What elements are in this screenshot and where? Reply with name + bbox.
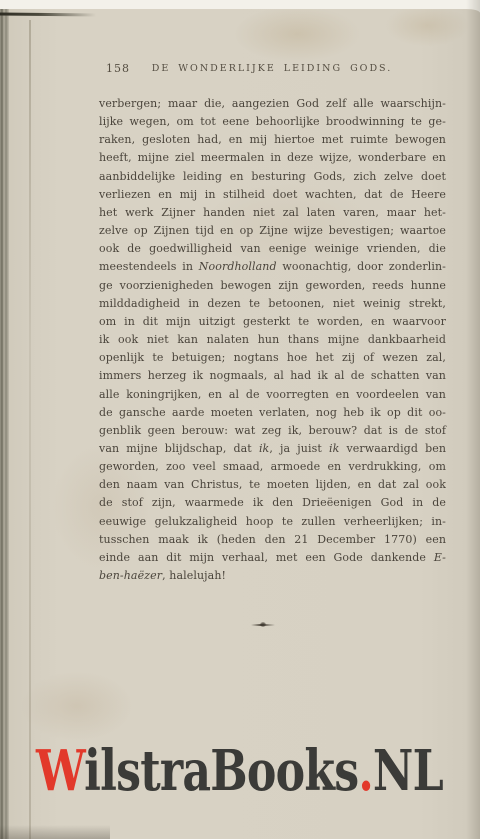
page-edges-gutter [0,9,9,839]
text-line: de gansche aarde moeten verlaten, nog he… [99,404,446,422]
text-line: einde aan dit mijn verhaal, met een Gode… [99,549,446,567]
text-line: aanbiddelijke leiding en besturing Gods,… [99,168,446,186]
text-line: openlijk te betuigen; nogtans hoe het zi… [99,349,446,367]
scanned-book-photo: 158 DE WONDERLIJKE LEIDING GODS. verberg… [0,0,480,839]
running-title: DE WONDERLIJKE LEIDING GODS. [98,63,446,74]
text-line: meestendeels in Noordholland woonachtig,… [99,258,446,276]
text-line: geworden, zoo veel smaad, armoede en ver… [99,458,446,476]
text-line: van mijne blijdschap, dat ik, ja juist i… [99,440,446,458]
text-line: alle koningrijken, en al de voorregten e… [99,386,446,404]
text-line: eeuwige gelukzaligheid hoop te zullen ve… [99,513,446,531]
body-text: verbergen; maar die, aangezien God zelf … [99,95,446,585]
text-line: milddadigheid in dezen te betoonen, niet… [99,295,446,313]
page-bottom-edge-shade [0,825,110,839]
text-line: raken, gesloten had, en mij hiertoe met … [99,131,446,149]
text-line: tusschen maak ik (heden den 21 December … [99,531,446,549]
text-line: immers herzeg ik nogmaals, al had ik al … [99,367,446,385]
text-line: heeft, mijne ziel meermalen in deze wijz… [99,149,446,167]
text-line: zelve op Zijnen tijd en op Zijne wijze b… [99,222,446,240]
ornament-dot [260,622,266,627]
gutter-line [29,20,31,839]
text-line: den naam van Christus, te moeten lijden,… [99,476,446,494]
text-line: ook de goedwilligheid van eenige weinige… [99,240,446,258]
text-line: ben-haëzer, halelujah! [99,567,446,585]
text-line: genblik geen berouw: wat zeg ik, berouw?… [99,422,446,440]
text-line: lijke wegen, om tot eene behoorlijke bro… [99,113,446,131]
text-line: verbergen; maar die, aangezien God zelf … [99,95,446,113]
text-line: ik ook niet kan nalaten hun thans mijne … [99,331,446,349]
page-right-edge-shade [466,0,480,839]
text-line: ge voorzienigheden bewogen zijn geworden… [99,277,446,295]
text-line: het werk Zijner handen niet zal laten va… [99,204,446,222]
section-divider-ornament [251,622,275,627]
bookseller-watermark: WilstraBooks.NL [36,741,443,801]
watermark-middle: ilstraBooks [84,738,358,804]
text-line: verliezen en mij in stilheid doet wachte… [99,186,446,204]
text-line: de stof zijn, waarmede ik den Drieëenige… [99,494,446,512]
running-head: 158 DE WONDERLIJKE LEIDING GODS. [98,62,446,78]
watermark-suffix: NL [373,738,443,804]
watermark-dot: . [358,738,373,804]
text-line: om in dit mijn uitzigt gesterkt te worde… [99,313,446,331]
watermark-initial: W [36,738,84,804]
